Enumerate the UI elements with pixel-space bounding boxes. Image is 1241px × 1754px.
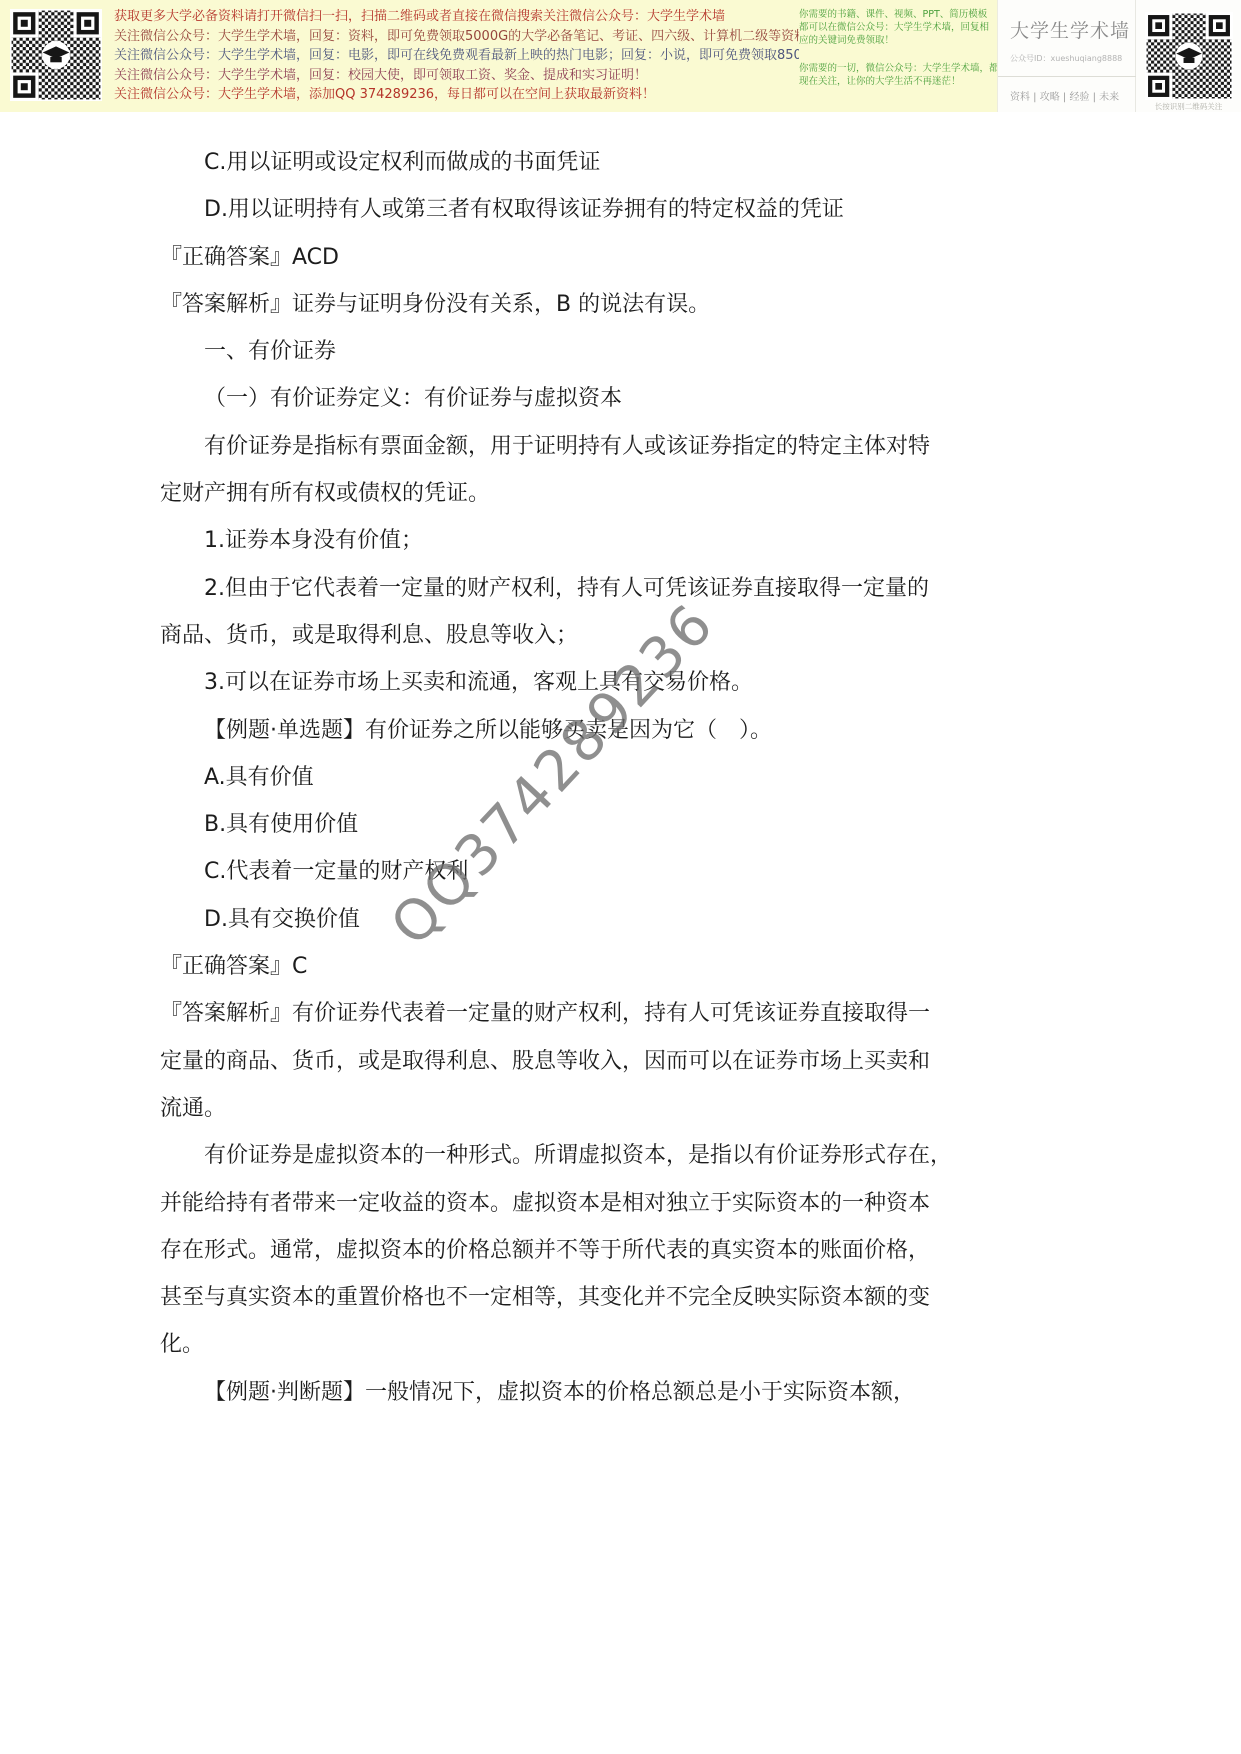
promo-banner: 获取更多大学必备资料请打开微信扫一扫，扫描二维码或者直接在微信搜索关注微信公众号… (0, 0, 1241, 112)
promo-line: 关注微信公众号：大学生学术墙，添加QQ 374289236，每日都可以在空间上获… (114, 85, 799, 105)
promo-line: 关注微信公众号：大学生学术墙，回复：资料，即可免费领取5000G的大学必备笔记、… (114, 27, 799, 47)
notice-line: 都可以在微信公众号：大学生学术墙，回复相 (799, 21, 997, 34)
qr-caption: 长按识别二维码关注 (1136, 101, 1241, 112)
document-line: C.代表着一定量的财产权利 (160, 848, 1241, 895)
qr-code-icon (1145, 12, 1233, 100)
left-qr-wrap (0, 0, 106, 112)
notice-line: 现在关注，让你的大学生活不再迷茫！ (799, 75, 997, 88)
promo-line: 关注微信公众号：大学生学术墙，回复：电影，即可在线免费观看最新上映的热门电影；回… (114, 46, 799, 66)
document-line: 『答案解析』证券与证明身份没有关系，B 的说法有误。 (160, 281, 1241, 328)
document-line: 有价证券是指标有票面金额，用于证明持有人或该证券指定的特定主体对特 (160, 423, 1241, 470)
notice-line: 你需要的一切，微信公众号：大学生学术墙，都有！ (799, 62, 997, 75)
document-line: 『正确答案』C (160, 943, 1241, 990)
document-line: D.用以证明持有人或第三者有权取得该证券拥有的特定权益的凭证 (160, 186, 1241, 233)
document-line: 定量的商品、货币，或是取得利息、股息等收入，因而可以在证券市场上买卖和 (160, 1038, 1241, 1085)
document-body: C.用以证明或设定权利而做成的书面凭证D.用以证明持有人或第三者有权取得该证券拥… (0, 112, 1241, 1416)
notice-line: 你需要的书籍、课件、视频、PPT、简历模板 (799, 8, 997, 21)
brand-section: 大学生学术墙 公众号ID：xueshuqiang8888 资料 | 攻略 | 经… (997, 0, 1241, 112)
right-qr-wrap: 长按识别二维码关注 (1136, 0, 1241, 112)
card-divider (998, 76, 1136, 77)
document-line: 化。 (160, 1321, 1241, 1368)
document-line: 2.但由于它代表着一定量的财产权利，持有人可凭该证券直接取得一定量的 (160, 565, 1241, 612)
brand-card: 大学生学术墙 公众号ID：xueshuqiang8888 资料 | 攻略 | 经… (998, 0, 1136, 112)
promo-text-block: 获取更多大学必备资料请打开微信扫一扫，扫描二维码或者直接在微信搜索关注微信公众号… (106, 0, 799, 112)
document-line: 并能给持有者带来一定收益的资本。虚拟资本是相对独立于实际资本的一种资本 (160, 1180, 1241, 1227)
qr-code-icon (10, 9, 102, 101)
document-line: B.具有使用价值 (160, 801, 1241, 848)
notice-line: 应的关键词免费领取！ (799, 34, 997, 47)
brand-subtitle: 公众号ID：xueshuqiang8888 (1010, 53, 1130, 64)
document-line: 3.可以在证券市场上买卖和流通，客观上具有交易价格。 (160, 659, 1241, 706)
brand-tags: 资料 | 攻略 | 经验 | 未来 (1010, 88, 1130, 103)
promo-line: 获取更多大学必备资料请打开微信扫一扫，扫描二维码或者直接在微信搜索关注微信公众号… (114, 7, 799, 27)
notice-bottom: 你需要的一切，微信公众号：大学生学术墙，都有！现在关注，让你的大学生活不再迷茫！ (799, 62, 997, 88)
document-line: 商品、货币，或是取得利息、股息等收入； (160, 612, 1241, 659)
document-line: （一）有价证券定义：有价证券与虚拟资本 (160, 375, 1241, 422)
document-line: 【例题·判断题】一般情况下，虚拟资本的价格总额总是小于实际资本额， (160, 1369, 1241, 1416)
document-line: 定财产拥有所有权或债权的凭证。 (160, 470, 1241, 517)
document-line: 1.证券本身没有价值； (160, 517, 1241, 564)
green-notice-block: 你需要的书籍、课件、视频、PPT、简历模板都可以在微信公众号：大学生学术墙，回复… (799, 0, 997, 112)
promo-line: 关注微信公众号：大学生学术墙，回复：校园大使，即可领取工资、奖金、提成和实习证明… (114, 66, 799, 86)
document-line: C.用以证明或设定权利而做成的书面凭证 (160, 139, 1241, 186)
document-line: D.具有交换价值 (160, 896, 1241, 943)
document-line: 流通。 (160, 1085, 1241, 1132)
document-line: 【例题·单选题】有价证券之所以能够买卖是因为它（ ）。 (160, 707, 1241, 754)
document-line: 存在形式。通常，虚拟资本的价格总额并不等于所代表的真实资本的账面价格， (160, 1227, 1241, 1274)
brand-title: 大学生学术墙 (1010, 16, 1130, 43)
document-line: 一、有价证券 (160, 328, 1241, 375)
notice-top: 你需要的书籍、课件、视频、PPT、简历模板都可以在微信公众号：大学生学术墙，回复… (799, 8, 997, 47)
document-line: 有价证券是虚拟资本的一种形式。所谓虚拟资本，是指以有价证券形式存在， (160, 1132, 1241, 1179)
document-line: 甚至与真实资本的重置价格也不一定相等，其变化并不完全反映实际资本额的变 (160, 1274, 1241, 1321)
document-line: 『正确答案』ACD (160, 234, 1241, 281)
document-line: A.具有价值 (160, 754, 1241, 801)
document-line: 『答案解析』有价证券代表着一定量的财产权利，持有人可凭该证券直接取得一 (160, 990, 1241, 1037)
